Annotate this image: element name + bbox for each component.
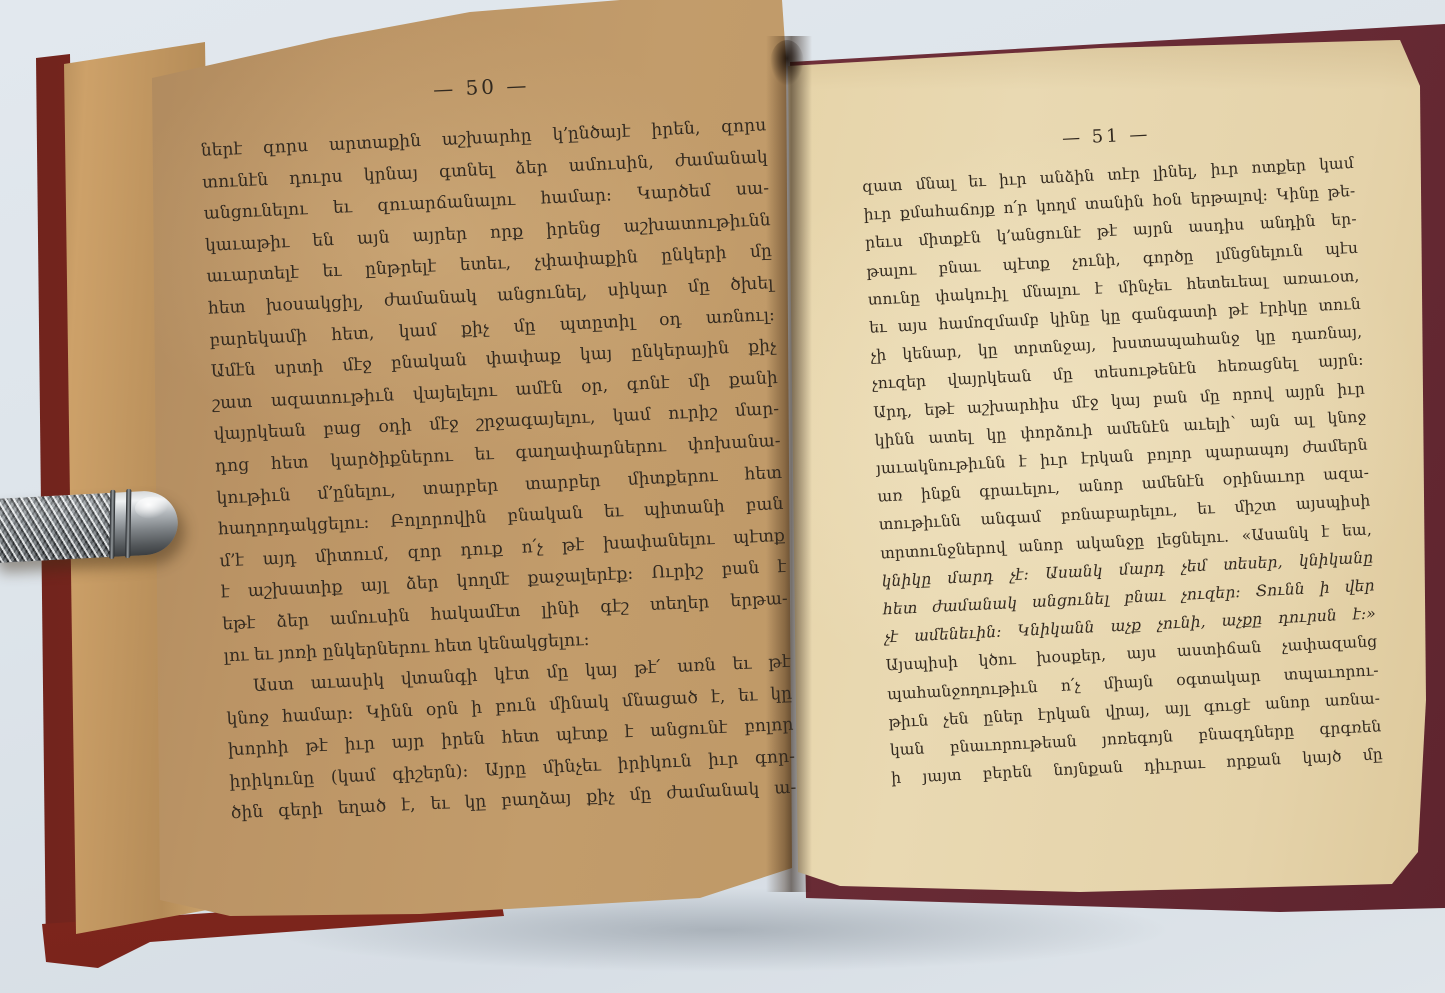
photo-open-book: — 50 — ներէ զորս արտաքին աշխարհը կ՚ընծայ… [0,0,1445,993]
page-50-lines: ներէ զորս արտաքին աշխարհը կ՚ընծայէ իրեն,… [200,110,797,830]
gutter-top-notch [770,40,804,86]
bookmark-filigree-pattern [0,493,113,563]
page-50-text-block: — 50 — ներէ զորս արտաքին աշխարհը կ՚ընծայ… [198,62,797,830]
silver-filigree-bookmark [0,479,192,579]
page-51-lines: զատ մնալ եւ իւր անձին տէր լինել, իւր ոտք… [862,149,1384,793]
page-51-text-block: — 51 — զատ մնալ եւ իւր անձին տէր լինել, … [860,114,1383,793]
